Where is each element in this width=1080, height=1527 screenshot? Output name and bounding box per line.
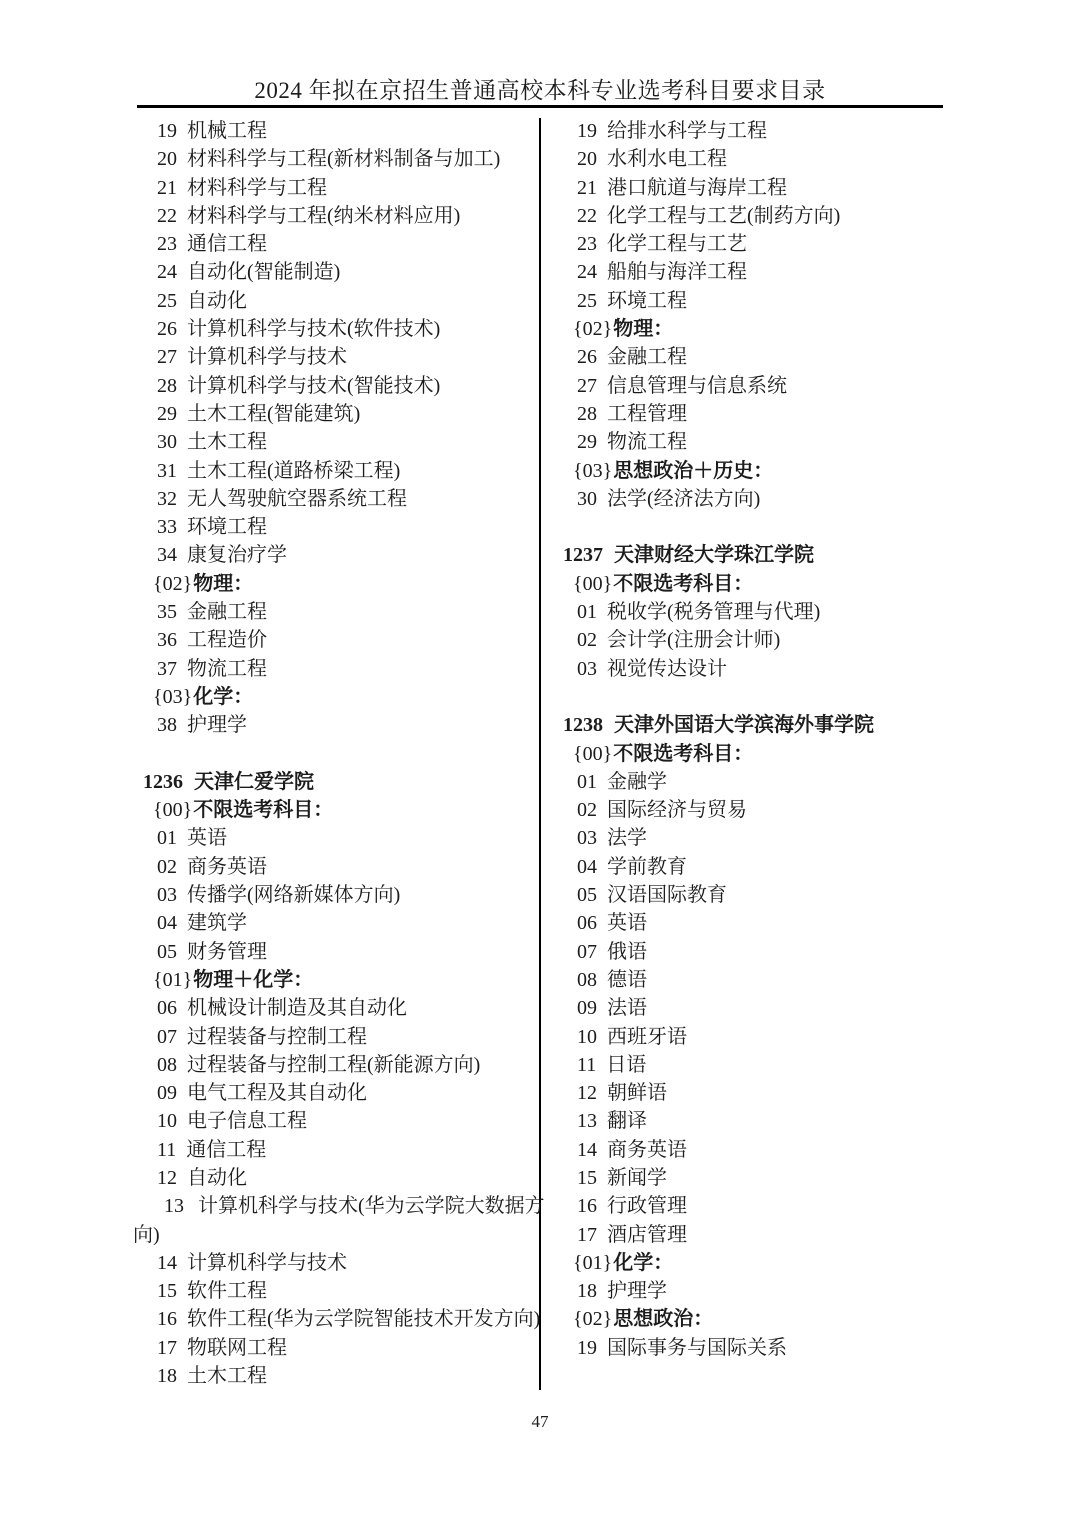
major-item: 23化学工程与工艺 xyxy=(553,230,947,258)
major-name-continuation: 向) xyxy=(133,1221,539,1249)
subject-name: 思想政治＋历史： xyxy=(613,460,773,482)
major-item: 33环境工程 xyxy=(133,513,539,541)
major-item: 11通信工程 xyxy=(133,1136,539,1164)
subject-code: {02} xyxy=(573,318,612,340)
subject-code: {00} xyxy=(573,573,612,595)
major-item: 15新闻学 xyxy=(553,1164,947,1192)
subject-requirement-header: {01}物理＋化学： xyxy=(133,966,539,994)
major-number: 03 xyxy=(157,881,177,909)
subject-name: 化学： xyxy=(193,686,253,708)
major-number: 02 xyxy=(157,853,177,881)
subject-name: 不限选考科目： xyxy=(613,743,753,765)
major-item: 19给排水科学与工程 xyxy=(553,117,947,145)
major-item: 28计算机科学与技术(智能技术) xyxy=(133,372,539,400)
major-name: 给排水科学与工程 xyxy=(607,120,767,142)
major-item: 35金融工程 xyxy=(133,598,539,626)
major-item: 09电气工程及其自动化 xyxy=(133,1079,539,1107)
college-name: 天津仁爱学院 xyxy=(194,771,314,793)
major-number: 25 xyxy=(577,287,597,315)
major-item: 27计算机科学与技术 xyxy=(133,343,539,371)
major-number: 05 xyxy=(157,938,177,966)
major-name: 物流工程 xyxy=(187,658,267,680)
major-name: 商务英语 xyxy=(187,856,267,878)
major-number: 04 xyxy=(157,909,177,937)
major-item: 10西班牙语 xyxy=(553,1023,947,1051)
major-name: 日语 xyxy=(606,1054,646,1076)
major-item: 08过程装备与控制工程(新能源方向) xyxy=(133,1051,539,1079)
major-number: 12 xyxy=(577,1079,597,1107)
major-name: 通信工程 xyxy=(187,233,267,255)
college-code: 1238 xyxy=(563,711,603,739)
major-item: 30法学(经济法方向) xyxy=(553,485,947,513)
subject-name: 物理： xyxy=(193,573,253,595)
major-item: 26计算机科学与技术(软件技术) xyxy=(133,315,539,343)
major-name: 物联网工程 xyxy=(187,1337,287,1359)
major-item: 06英语 xyxy=(553,909,947,937)
major-item: 38护理学 xyxy=(133,711,539,739)
major-number: 25 xyxy=(157,287,177,315)
major-name: 酒店管理 xyxy=(607,1224,687,1246)
major-name: 金融工程 xyxy=(187,601,267,623)
major-name: 计算机科学与技术(软件技术) xyxy=(187,318,440,340)
subject-name: 物理： xyxy=(613,318,673,340)
major-name: 国际事务与国际关系 xyxy=(607,1337,787,1359)
subject-code: {00} xyxy=(153,799,192,821)
major-number: 17 xyxy=(577,1221,597,1249)
major-name: 自动化 xyxy=(187,1167,247,1189)
major-number: 27 xyxy=(157,343,177,371)
major-number: 38 xyxy=(157,711,177,739)
major-item: 02会计学(注册会计师) xyxy=(553,626,947,654)
college-name: 天津财经大学珠江学院 xyxy=(614,544,814,566)
left-column: 19机械工程20材料科学与工程(新材料制备与加工)21材料科学与工程22材料科学… xyxy=(133,117,539,1390)
major-number: 28 xyxy=(157,372,177,400)
major-name: 税收学(税务管理与代理) xyxy=(607,601,820,623)
major-number: 04 xyxy=(577,853,597,881)
major-number: 01 xyxy=(577,768,597,796)
major-number: 37 xyxy=(157,655,177,683)
subject-code: {03} xyxy=(573,460,612,482)
subject-requirement-header: {01}化学： xyxy=(553,1249,947,1277)
major-name: 法语 xyxy=(607,997,647,1019)
major-name: 护理学 xyxy=(607,1280,667,1302)
subject-requirement-header: {02}思想政治： xyxy=(553,1305,947,1333)
major-number: 12 xyxy=(157,1164,177,1192)
major-item: 13翻译 xyxy=(553,1107,947,1135)
major-item: 14计算机科学与技术 xyxy=(133,1249,539,1277)
major-number: 35 xyxy=(157,598,177,626)
major-item: 18土木工程 xyxy=(133,1362,539,1390)
major-item: 26金融工程 xyxy=(553,343,947,371)
major-number: 22 xyxy=(577,202,597,230)
major-name: 财务管理 xyxy=(187,941,267,963)
major-name: 新闻学 xyxy=(607,1167,667,1189)
major-item: 22材料科学与工程(纳米材料应用) xyxy=(133,202,539,230)
major-number: 32 xyxy=(157,485,177,513)
major-number: 09 xyxy=(577,994,597,1022)
major-name: 电气工程及其自动化 xyxy=(187,1082,367,1104)
major-name: 机械工程 xyxy=(187,120,267,142)
major-number: 28 xyxy=(577,400,597,428)
major-name: 朝鲜语 xyxy=(607,1082,667,1104)
major-number: 29 xyxy=(157,400,177,428)
major-item: 03传播学(网络新媒体方向) xyxy=(133,881,539,909)
major-number: 19 xyxy=(577,117,597,145)
major-name: 无人驾驶航空器系统工程 xyxy=(187,488,407,510)
major-number: 17 xyxy=(157,1334,177,1362)
major-name: 英语 xyxy=(607,912,647,934)
major-name: 学前教育 xyxy=(607,856,687,878)
major-number: 03 xyxy=(577,655,597,683)
major-number: 11 xyxy=(577,1051,596,1079)
subject-code: {00} xyxy=(573,743,612,765)
major-name: 传播学(网络新媒体方向) xyxy=(187,884,400,906)
major-number: 27 xyxy=(577,372,597,400)
subject-name: 化学： xyxy=(613,1252,673,1274)
college-name: 天津外国语大学滨海外事学院 xyxy=(614,714,874,736)
college-code: 1236 xyxy=(143,768,183,796)
major-item: 03视觉传达设计 xyxy=(553,655,947,683)
major-item: 32无人驾驶航空器系统工程 xyxy=(133,485,539,513)
major-name: 工程管理 xyxy=(607,403,687,425)
subject-requirement-header: {00}不限选考科目： xyxy=(553,570,947,598)
major-number: 01 xyxy=(577,598,597,626)
major-name: 物流工程 xyxy=(607,431,687,453)
major-name: 通信工程 xyxy=(186,1139,266,1161)
major-name: 自动化 xyxy=(187,290,247,312)
blank-line xyxy=(553,683,947,711)
major-item: 02国际经济与贸易 xyxy=(553,796,947,824)
major-name: 金融学 xyxy=(607,771,667,793)
major-number: 18 xyxy=(157,1362,177,1390)
major-item: 24自动化(智能制造) xyxy=(133,258,539,286)
major-number: 08 xyxy=(157,1051,177,1079)
page-title: 2024 年拟在京招生普通高校本科专业选考科目要求目录 xyxy=(0,72,1080,105)
catalog-page: 2024 年拟在京招生普通高校本科专业选考科目要求目录 19机械工程20材料科学… xyxy=(0,0,1080,1527)
major-number: 21 xyxy=(157,174,177,202)
major-item: 29土木工程(智能建筑) xyxy=(133,400,539,428)
college-code: 1237 xyxy=(563,541,603,569)
major-item: 06机械设计制造及其自动化 xyxy=(133,994,539,1022)
major-number: 30 xyxy=(157,428,177,456)
major-number: 24 xyxy=(577,258,597,286)
major-item: 10电子信息工程 xyxy=(133,1107,539,1135)
subject-requirement-header: {00}不限选考科目： xyxy=(133,796,539,824)
major-name: 视觉传达设计 xyxy=(607,658,727,680)
major-name: 国际经济与贸易 xyxy=(607,799,747,821)
major-item: 12自动化 xyxy=(133,1164,539,1192)
major-name: 船舶与海洋工程 xyxy=(607,261,747,283)
major-item: 03法学 xyxy=(553,824,947,852)
subject-requirement-header: {03}思想政治＋历史： xyxy=(553,457,947,485)
blank-line xyxy=(553,513,947,541)
major-name: 机械设计制造及其自动化 xyxy=(187,997,407,1019)
page-number: 47 xyxy=(0,1412,1080,1432)
major-name: 计算机科学与技术(智能技术) xyxy=(187,375,440,397)
major-number: 06 xyxy=(577,909,597,937)
major-item: 37物流工程 xyxy=(133,655,539,683)
major-number: 10 xyxy=(157,1107,177,1135)
major-number: 26 xyxy=(577,343,597,371)
major-item: 19国际事务与国际关系 xyxy=(553,1334,947,1362)
major-name: 软件工程(华为云学院智能技术开发方向) xyxy=(187,1308,540,1330)
major-item: 04建筑学 xyxy=(133,909,539,937)
major-item: 02商务英语 xyxy=(133,853,539,881)
major-name: 德语 xyxy=(607,969,647,991)
subject-code: {03} xyxy=(153,686,192,708)
subject-requirement-header: {03}化学： xyxy=(133,683,539,711)
major-name: 向) xyxy=(133,1224,160,1246)
major-name: 过程装备与控制工程 xyxy=(187,1026,367,1048)
major-number: 20 xyxy=(157,145,177,173)
subject-code: {02} xyxy=(573,1308,612,1330)
major-number: 34 xyxy=(157,541,177,569)
major-name: 康复治疗学 xyxy=(187,544,287,566)
major-name: 护理学 xyxy=(187,714,247,736)
major-name: 俄语 xyxy=(607,941,647,963)
major-name: 化学工程与工艺 xyxy=(607,233,747,255)
subject-requirement-header: {02}物理： xyxy=(553,315,947,343)
major-number: 29 xyxy=(577,428,597,456)
major-number: 07 xyxy=(157,1023,177,1051)
major-number: 02 xyxy=(577,626,597,654)
major-number: 14 xyxy=(157,1249,177,1277)
major-name: 计算机科学与技术 xyxy=(187,346,347,368)
major-item: 21港口航道与海岸工程 xyxy=(553,174,947,202)
major-number: 19 xyxy=(577,1334,597,1362)
major-item: 23通信工程 xyxy=(133,230,539,258)
major-name: 行政管理 xyxy=(607,1195,687,1217)
major-item: 16软件工程(华为云学院智能技术开发方向) xyxy=(133,1305,539,1333)
major-item: 12朝鲜语 xyxy=(553,1079,947,1107)
subject-code: {01} xyxy=(573,1252,612,1274)
major-name: 工程造价 xyxy=(187,629,267,651)
major-item: 07过程装备与控制工程 xyxy=(133,1023,539,1051)
major-item: 31土木工程(道路桥梁工程) xyxy=(133,457,539,485)
major-number: 16 xyxy=(157,1305,177,1333)
major-number: 09 xyxy=(157,1079,177,1107)
major-name: 土木工程(道路桥梁工程) xyxy=(187,460,400,482)
major-name: 英语 xyxy=(187,827,227,849)
major-name: 计算机科学与技术 xyxy=(187,1252,347,1274)
major-number: 36 xyxy=(157,626,177,654)
major-number: 23 xyxy=(577,230,597,258)
subject-code: {02} xyxy=(153,573,192,595)
major-item: 25自动化 xyxy=(133,287,539,315)
major-name: 自动化(智能制造) xyxy=(187,261,340,283)
major-number: 01 xyxy=(157,824,177,852)
major-name: 法学 xyxy=(607,827,647,849)
major-number: 22 xyxy=(157,202,177,230)
major-number: 07 xyxy=(577,938,597,966)
major-number: 31 xyxy=(157,457,177,485)
major-item: 07俄语 xyxy=(553,938,947,966)
major-item: 27信息管理与信息系统 xyxy=(553,372,947,400)
major-number: 20 xyxy=(577,145,597,173)
subject-requirement-header: {02}物理： xyxy=(133,570,539,598)
major-number: 16 xyxy=(577,1192,597,1220)
major-name: 会计学(注册会计师) xyxy=(607,629,780,651)
major-number: 26 xyxy=(157,315,177,343)
major-item: 21材料科学与工程 xyxy=(133,174,539,202)
header-rule xyxy=(137,105,943,108)
major-number: 24 xyxy=(157,258,177,286)
major-name: 电子信息工程 xyxy=(187,1110,307,1132)
major-name: 软件工程 xyxy=(187,1280,267,1302)
major-item: 28工程管理 xyxy=(553,400,947,428)
major-number: 21 xyxy=(577,174,597,202)
major-name: 翻译 xyxy=(607,1110,647,1132)
major-item: 24船舶与海洋工程 xyxy=(553,258,947,286)
major-item: 34康复治疗学 xyxy=(133,541,539,569)
major-item: 14商务英语 xyxy=(553,1136,947,1164)
major-number: 13 xyxy=(577,1107,597,1135)
college-header: 1236天津仁爱学院 xyxy=(133,768,539,796)
subject-code: {01} xyxy=(153,969,192,991)
major-name: 信息管理与信息系统 xyxy=(607,375,787,397)
major-item: 22化学工程与工艺(制药方向) xyxy=(553,202,947,230)
major-name: 化学工程与工艺(制药方向) xyxy=(607,205,840,227)
major-number: 11 xyxy=(157,1136,176,1164)
major-number: 30 xyxy=(577,485,597,513)
major-item: 36工程造价 xyxy=(133,626,539,654)
major-number: 15 xyxy=(157,1277,177,1305)
major-item: 05汉语国际教育 xyxy=(553,881,947,909)
major-number: 15 xyxy=(577,1164,597,1192)
major-item: 05财务管理 xyxy=(133,938,539,966)
major-name: 西班牙语 xyxy=(607,1026,687,1048)
major-number: 06 xyxy=(157,994,177,1022)
major-name: 材料科学与工程 xyxy=(187,177,327,199)
major-name: 汉语国际教育 xyxy=(607,884,727,906)
major-item: 01税收学(税务管理与代理) xyxy=(553,598,947,626)
major-number: 03 xyxy=(577,824,597,852)
major-number: 02 xyxy=(577,796,597,824)
major-number: 19 xyxy=(157,117,177,145)
major-item: 20水利水电工程 xyxy=(553,145,947,173)
college-header: 1238天津外国语大学滨海外事学院 xyxy=(553,711,947,739)
major-number: 13 xyxy=(164,1192,184,1220)
major-item: 25环境工程 xyxy=(553,287,947,315)
major-name: 土木工程 xyxy=(187,431,267,453)
major-number: 18 xyxy=(577,1277,597,1305)
major-item: 01金融学 xyxy=(553,768,947,796)
major-name: 水利水电工程 xyxy=(607,148,727,170)
major-item: 30土木工程 xyxy=(133,428,539,456)
major-item: 08德语 xyxy=(553,966,947,994)
major-name: 土木工程 xyxy=(187,1365,267,1387)
major-item: 17酒店管理 xyxy=(553,1221,947,1249)
major-number: 23 xyxy=(157,230,177,258)
major-name: 金融工程 xyxy=(607,346,687,368)
major-number: 05 xyxy=(577,881,597,909)
major-name: 土木工程(智能建筑) xyxy=(187,403,360,425)
major-item: 18护理学 xyxy=(553,1277,947,1305)
subject-name: 不限选考科目： xyxy=(613,573,753,595)
major-item: 11日语 xyxy=(553,1051,947,1079)
major-name: 港口航道与海岸工程 xyxy=(607,177,787,199)
right-column: 19给排水科学与工程20水利水电工程21港口航道与海岸工程22化学工程与工艺(制… xyxy=(553,117,947,1362)
college-header: 1237天津财经大学珠江学院 xyxy=(553,541,947,569)
blank-line xyxy=(133,740,539,768)
major-item: 15软件工程 xyxy=(133,1277,539,1305)
major-name: 商务英语 xyxy=(607,1139,687,1161)
major-name: 计算机科学与技术(华为云学院大数据方 xyxy=(198,1195,545,1217)
major-number: 14 xyxy=(577,1136,597,1164)
subject-name: 思想政治： xyxy=(613,1308,713,1330)
major-number: 33 xyxy=(157,513,177,541)
major-name: 过程装备与控制工程(新能源方向) xyxy=(187,1054,480,1076)
major-item: 20材料科学与工程(新材料制备与加工) xyxy=(133,145,539,173)
major-name: 材料科学与工程(纳米材料应用) xyxy=(187,205,460,227)
major-item: 16行政管理 xyxy=(553,1192,947,1220)
major-item: 19机械工程 xyxy=(133,117,539,145)
subject-name: 物理＋化学： xyxy=(193,969,313,991)
subject-name: 不限选考科目： xyxy=(193,799,333,821)
major-item: 09法语 xyxy=(553,994,947,1022)
major-name: 材料科学与工程(新材料制备与加工) xyxy=(187,148,500,170)
major-name: 法学(经济法方向) xyxy=(607,488,760,510)
subject-requirement-header: {00}不限选考科目： xyxy=(553,740,947,768)
major-item: 04学前教育 xyxy=(553,853,947,881)
major-item: 29物流工程 xyxy=(553,428,947,456)
major-name: 环境工程 xyxy=(607,290,687,312)
major-item: 17物联网工程 xyxy=(133,1334,539,1362)
major-item: 01英语 xyxy=(133,824,539,852)
major-name: 环境工程 xyxy=(187,516,267,538)
major-number: 08 xyxy=(577,966,597,994)
major-name: 建筑学 xyxy=(187,912,247,934)
major-item: 13计算机科学与技术(华为云学院大数据方 xyxy=(133,1192,539,1220)
major-number: 10 xyxy=(577,1023,597,1051)
